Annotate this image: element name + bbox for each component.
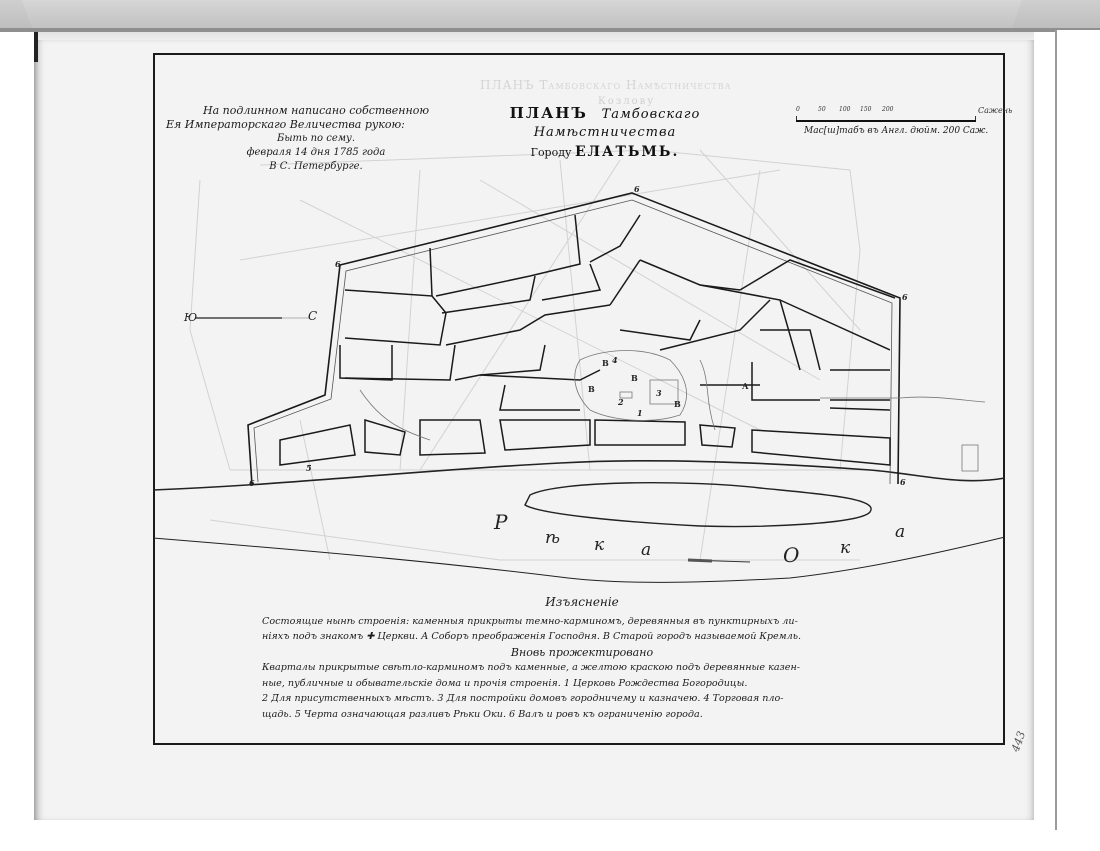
- direction-north: С: [308, 309, 317, 323]
- scale-caption: Мас[ш]табъ въ Англ. дюйм. 200 Саж.: [804, 126, 996, 136]
- legend-title: Изъясненіе: [262, 595, 902, 611]
- river-banks: [153, 461, 1005, 583]
- scale-tick: 0: [796, 106, 800, 113]
- city-quarters: [280, 215, 895, 465]
- scale-bar: 0 50 100 150 200 Сажень Мас[ш]табъ въ Ан…: [796, 106, 996, 136]
- label-a: А: [742, 381, 749, 391]
- scale-tick: 150: [860, 106, 871, 113]
- legend-existing-line: Состоящие нынѣ строенія: каменныя прикры…: [262, 614, 902, 630]
- approval-line-4: февраля 14 дня 1785 года: [166, 146, 466, 160]
- legend-projected-line: 2 Для присутственныхъ мѣстъ. 3 Для постр…: [262, 691, 902, 707]
- scale-line: [796, 120, 976, 122]
- label-6: 6: [335, 259, 341, 269]
- river-island: [525, 483, 871, 527]
- approval-line-2: Ея Императорскаго Величества рукою:: [166, 118, 466, 132]
- approval-line-5: В С. Петербурге.: [166, 160, 466, 174]
- legend-projected-line: Кварталы прикрытые свѣтло-карминомъ подъ…: [262, 660, 902, 676]
- label-b: В: [588, 384, 595, 394]
- label-b: В: [602, 358, 609, 368]
- direction-south: Ю: [184, 311, 197, 324]
- city-name: ЕЛАТЬМЬ.: [575, 144, 679, 160]
- label-6: 6: [634, 184, 640, 194]
- legend: Изъясненіе Состоящие нынѣ строенія: каме…: [262, 595, 902, 722]
- river-label-letter: О: [783, 543, 799, 567]
- river-label-letter: а: [895, 522, 905, 542]
- legend-subtitle: Вновь прожектировано: [262, 645, 902, 661]
- approval-line-1: На подлинном написано собственною: [166, 104, 466, 118]
- river-label-letter: а: [641, 540, 651, 560]
- label-2: 2: [618, 397, 624, 407]
- label-4: 4: [612, 355, 618, 365]
- label-3: 3: [656, 388, 662, 398]
- approval-line-3: Быть по сему.: [166, 132, 466, 146]
- rampart-outer: [248, 193, 900, 485]
- imperial-approval-inscription: На подлинном написано собственною Ея Имп…: [166, 104, 466, 174]
- label-6: 6: [902, 292, 908, 302]
- legend-projected-line: щадь. 5 Черта означающая разливъ Рѣки Ок…: [262, 707, 902, 723]
- label-1: 1: [637, 408, 643, 418]
- scale-tick: 200: [882, 106, 893, 113]
- scale-unit: Сажень: [978, 106, 1012, 115]
- city-prefix: Городу: [531, 146, 572, 159]
- legend-existing-line: ніяхъ подъ знакомъ ✚ Церкви. А Соборъ пр…: [262, 629, 902, 645]
- plan-word: ПЛАНЪ: [510, 104, 588, 122]
- river-label-letter: ѣ: [545, 528, 560, 548]
- ghost-plan-lines: [190, 150, 880, 560]
- label-6: 6: [249, 478, 255, 488]
- ghost-title: ПЛАНЪ Тамбовскаго Намѣстничества: [480, 78, 732, 92]
- river-label-letter: к: [840, 538, 850, 558]
- rampart-inner: [254, 200, 892, 484]
- plan-title: ПЛАНЪ Тамбовскаго Намѣстничества Городу …: [440, 104, 770, 160]
- label-b: В: [674, 399, 681, 409]
- label-b: В: [631, 373, 638, 383]
- legend-projected-line: ные, публичные и обывательскіе дома и пр…: [262, 676, 902, 692]
- scale-tick: 100: [839, 106, 850, 113]
- scale-tick: 50: [818, 106, 826, 113]
- river-label-letter: к: [594, 535, 604, 555]
- label-6: 6: [900, 477, 906, 487]
- label-5: 5: [306, 463, 312, 473]
- river-label-letter: Р: [494, 510, 507, 534]
